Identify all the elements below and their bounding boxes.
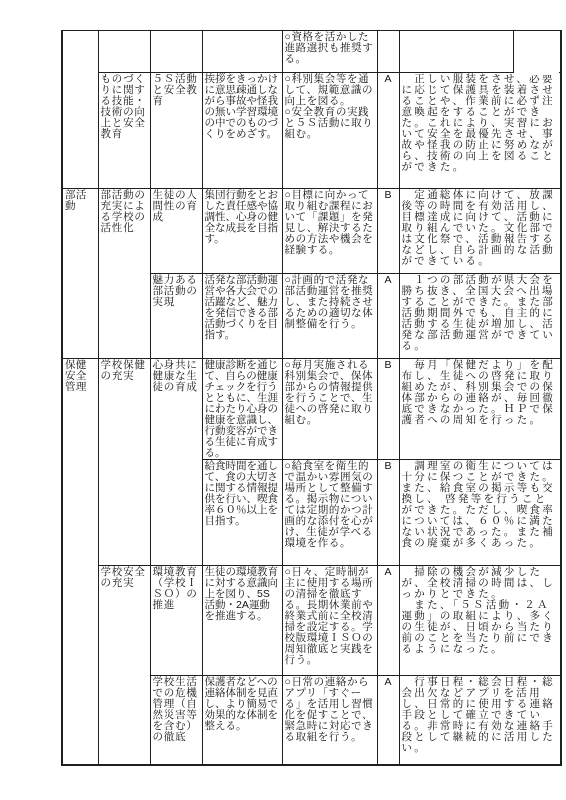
cell-goal: 給食時間を通して、食の大切さに関する情報提供を行い、喫食率６０％以上を目指す。 [202,460,282,566]
table-row: 保健 安全 管理 学校保健の充実 心身共に健康な生徒の育成 健康診断を通じて、自… [62,359,561,460]
cell-rating: B [377,189,399,274]
cell-goal: 挨拶をきっかけに意思疎通しながら事故や怪我の無い学習環境の中でのものづくりをめざ… [202,73,282,189]
cell-category: 保健 安全 管理 [62,359,98,765]
cell-item: 魅力ある部活動の実現 [150,274,202,359]
cell-measure: ○日々、定時制が主に使用する場所の清掃を徹底する。長期休業前や終業式前に全校清掃… [282,566,377,676]
cell-item: 生徒の人間性の育成 [150,189,202,274]
cell-evaluation: 正しい服装をさせ、必要に応じて保護具を装着させることや、作業前に必ず注意喚起をす… [399,73,561,189]
cell-measure: ○資格を活かした進路選択も推奨する。 [282,31,377,73]
cell-rating: A [377,73,399,189]
cell-evaluation-right [513,31,561,73]
cell-measure: ○日常の連絡からアプリ「すぐーる」を活用し習慣化を促すことで、緊急時に対応できる… [282,676,377,765]
cell-item: 心身共に健康な生徒の育成 [150,359,202,566]
cell-item: 学校生活での危機管理（自然災害等を含む）の徹底 [150,676,202,765]
cell-item: 環境教育（学校ＩＳＯ）の推進 [150,566,202,676]
cell-evaluation: 毎月「保健だより」を配布し、生徒への啓発に取り組めたが、科別集会での保体部からの… [399,359,561,460]
table-row: 学校安全の充実 環境教育（学校ＩＳＯ）の推進 生徒の環境教育に対する意識向上を図… [62,566,561,676]
cell-goal: 生徒の環境教育に対する意識向上を図り、5S活動・2A運動を推進する。 [202,566,282,676]
cell-rating: A [377,676,399,765]
cell-category [62,31,98,189]
cell-item [150,31,202,73]
evaluation-table: ○資格を活かした進路選択も推奨する。 ものづくりに関する技能・技術の向上と安全教… [61,30,562,766]
cell-goal: 活発な部活動運営や各大会での活躍など、魅力を発信できる部活動づくりを目指す。 [202,274,282,359]
cell-category: 部活動 [62,189,98,359]
cell-goal: 健康診断を通じて、自らの健康チェックを行うとともに、生涯にわたり心身の健康を意識… [202,359,282,460]
cell-item: ５Ｓ活動と安全教育 [150,73,202,189]
table-row: ○資格を活かした進路選択も推奨する。 [62,31,561,73]
cell-goal: 集団行動をとおした責任感や協調性、心身の健全な成長を目指す。 [202,189,282,274]
cell-section: 学校安全の充実 [98,566,150,765]
cell-rating: B [377,359,399,460]
cell-goal: 保護者などへの連絡体制を見直し、より簡易で効果的な体制を整える。 [202,676,282,765]
cell-rating [377,31,399,73]
cell-measure: ○毎月実施される科別集会で、保体部からの情報提供を行うことで、生徒への啓発に取り… [282,359,377,460]
cell-section: 部活動の充実による学校の活性化 [98,189,150,359]
cell-evaluation: 定通総体に向けて、放課後等の時間を有効活用し、目標達成に向けて、活動に取り組んで… [399,189,561,274]
cell-goal [202,31,282,73]
cell-evaluation: 調理室の衛生については 十分に保つことができた。また、給食室の掲示等も交換し、 … [399,460,561,566]
cell-section [98,31,150,73]
table-row: ものづくりに関する技能・技術の向上と安全教育 ５Ｓ活動と安全教育 挨拶をきっかけ… [62,73,561,189]
cell-measure: ○目標に向かって取り組む課程において「課題」を発見し、解決するための方法や機会を… [282,189,377,274]
cell-measure: ○計画的で活発な部活動運営を推奨し、また持続させるための適切な体制整備を行う。 [282,274,377,359]
cell-section: ものづくりに関する技能・技術の向上と安全教育 [98,73,150,189]
cell-rating: B [377,460,399,566]
cell-measure: ○給食室を衛生的で温かい雰囲気の場所として整備する。掲示物については定期的かつ計… [282,460,377,566]
cell-evaluation: 行事日程・総会日程・総会出欠などアプリを活用し、日常的に使用する連絡手段として確… [399,676,561,765]
cell-evaluation: 掃除の機会が減少したが、全校清掃の時間は、しっかりとできた。 また、「５Ｓ活動・… [399,566,561,676]
cell-section: 学校保健の充実 [98,359,150,566]
cell-evaluation [399,31,513,73]
cell-measure: ○科別集会等を通して、規範意識の向上を図る。 ○安全教育の実践と５Ｓ活動に取り組… [282,73,377,189]
cell-rating: A [377,566,399,676]
cell-rating: A [377,274,399,359]
border-gap-patch [514,70,559,75]
table-row: 部活動 部活動の充実による学校の活性化 生徒の人間性の育成 集団行動をとおした責… [62,189,561,274]
document-page: ○資格を活かした進路選択も推奨する。 ものづくりに関する技能・技術の向上と安全教… [0,0,566,800]
cell-evaluation: １つの部活動が県大会を勝ち抜き、全国大会へ出場することができた。また部活動期間外… [399,274,561,359]
